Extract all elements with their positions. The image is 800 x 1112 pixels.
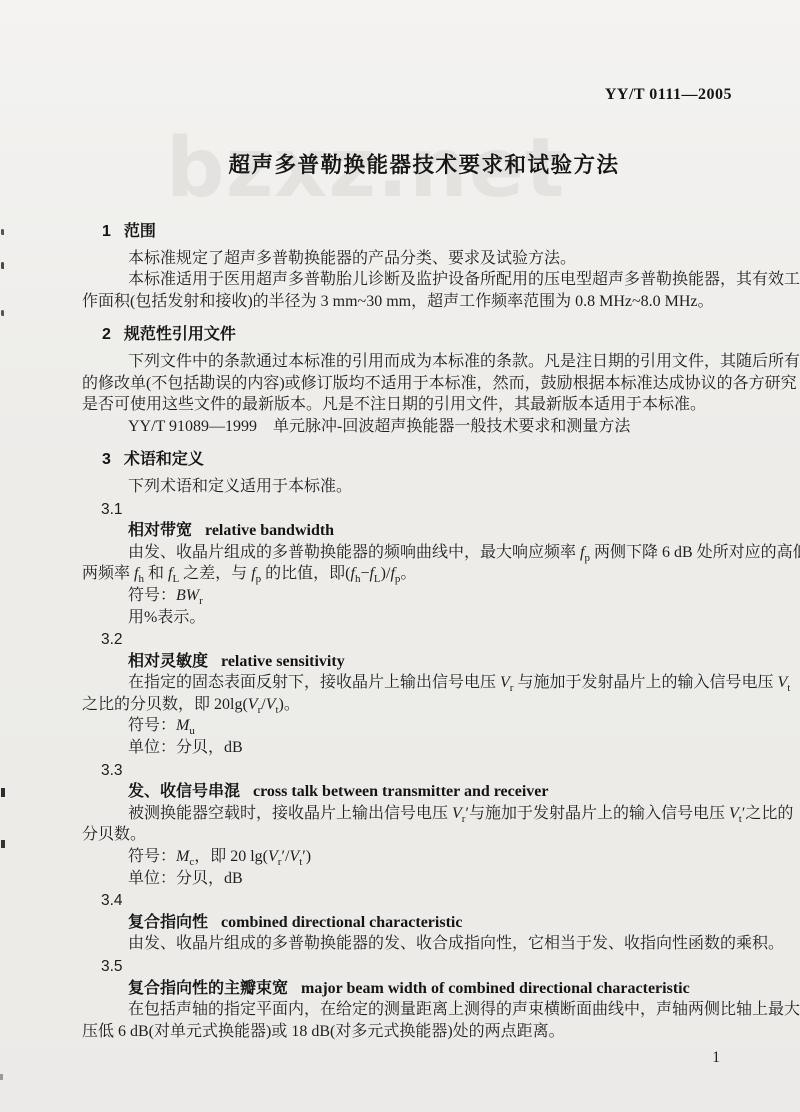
symbol-line: 符号：Mc，即 20 lg(Vr′/Vt′) bbox=[82, 846, 724, 868]
definition-line: 之比的分贝数，即 20lg(Vr/Vt)。 bbox=[82, 694, 724, 716]
term-heading: 复合指向性combined directional characteristic bbox=[82, 912, 724, 934]
unit-line: 单位：分贝，dB bbox=[82, 737, 724, 759]
definition-line: 由发、收晶片组成的多普勒换能器的频响曲线中，最大响应频率 fp 两侧下降 6 d… bbox=[82, 542, 724, 564]
section-1-heading: 1范围 bbox=[82, 221, 724, 243]
paragraph-line: 下列文件中的条款通过本标准的引用而成为本标准的条款。凡是注日期的引用文件，其随后… bbox=[82, 351, 724, 373]
section-number: 3 bbox=[102, 451, 111, 468]
definition-line: 两频率 fh 和 fL 之差，与 fp 的比值，即(fh−fL)/fp。 bbox=[82, 563, 724, 585]
section-number: 1 bbox=[102, 223, 111, 240]
term-en: relative bandwidth bbox=[205, 522, 334, 539]
term-zh: 复合指向性的主瓣束宽 bbox=[128, 980, 288, 997]
scan-edge-mark bbox=[1, 788, 5, 797]
unit-line: 用%表示。 bbox=[82, 607, 724, 629]
section-title: 术语和定义 bbox=[124, 451, 204, 468]
paragraph-line: 的修改单(不包括勘误的内容)或修订版均不适用于本标准，然而，鼓励根据本标准达成协… bbox=[82, 373, 724, 395]
clause-number-3-4: 3.4 bbox=[82, 890, 724, 912]
clause-number-3-1: 3.1 bbox=[82, 499, 724, 521]
term-zh: 复合指向性 bbox=[128, 914, 208, 931]
section-title: 范围 bbox=[124, 223, 156, 240]
paragraph-line: 本标准规定了超声多普勒换能器的产品分类、要求及试验方法。 bbox=[82, 248, 724, 270]
scan-edge-mark bbox=[1, 229, 4, 235]
section-2-heading: 2规范性引用文件 bbox=[82, 324, 724, 346]
definition-line: 压低 6 dB(对单元式换能器)或 18 dB(对多元式换能器)处的两点距离。 bbox=[82, 1021, 724, 1043]
term-en: cross talk between transmitter and recei… bbox=[253, 783, 548, 800]
term-zh: 发、收信号串混 bbox=[128, 783, 240, 800]
scan-edge-mark bbox=[1, 310, 4, 316]
section-3-heading: 3术语和定义 bbox=[82, 449, 724, 471]
symbol-line: 符号：BWr bbox=[82, 585, 724, 607]
definition-line: 被测换能器空载时，接收晶片上输出信号电压 Vr′与施加于发射晶片上的输入信号电压… bbox=[82, 803, 724, 825]
term-heading: 相对灵敏度relative sensitivity bbox=[82, 651, 724, 673]
definition-line: 分贝数。 bbox=[82, 824, 724, 846]
scan-edge-mark bbox=[0, 1074, 3, 1080]
section-number: 2 bbox=[102, 326, 111, 343]
normative-reference-line: YY/T 91089—1999 单元脉冲-回波超声换能器一般技术要求和测量方法 bbox=[82, 416, 724, 438]
term-en: relative sensitivity bbox=[221, 653, 345, 670]
clause-number-3-2: 3.2 bbox=[82, 629, 724, 651]
paragraph-line: 下列术语和定义适用于本标准。 bbox=[82, 476, 724, 498]
term-heading: 发、收信号串混cross talk between transmitter an… bbox=[82, 781, 724, 803]
clause-number-3-5: 3.5 bbox=[82, 956, 724, 978]
term-zh: 相对灵敏度 bbox=[128, 653, 208, 670]
unit-line: 单位：分贝，dB bbox=[82, 868, 724, 890]
definition-line: 由发、收晶片组成的多普勒换能器的发、收合成指向性，它相当于发、收指向性函数的乘积… bbox=[82, 933, 724, 955]
standard-number: YY/T 0111—2005 bbox=[605, 86, 732, 104]
term-heading: 相对带宽relative bandwidth bbox=[82, 520, 724, 542]
term-en: combined directional characteristic bbox=[221, 914, 462, 931]
symbol-line: 符号：Mu bbox=[82, 715, 724, 737]
scan-edge-mark bbox=[1, 262, 4, 269]
document-title: 超声多普勒换能器技术要求和试验方法 bbox=[0, 148, 800, 179]
paragraph-line: 是否可使用这些文件的最新版本。凡是不注日期的引用文件，其最新版本适用于本标准。 bbox=[82, 394, 724, 416]
document-body: 1范围 本标准规定了超声多普勒换能器的产品分类、要求及试验方法。 本标准适用于医… bbox=[82, 221, 724, 1069]
title-block: bzxz.net 超声多普勒换能器技术要求和试验方法 bbox=[0, 118, 800, 228]
term-en: major beam width of combined directional… bbox=[301, 980, 690, 997]
clause-number-3-3: 3.3 bbox=[82, 760, 724, 782]
definition-line: 在包括声轴的指定平面内，在给定的测量距离上测得的声束横断面曲线中，声轴两侧比轴上… bbox=[82, 999, 724, 1021]
paragraph-line: 本标准适用于医用超声多普勒胎儿诊断及监护设备所配用的压电型超声多普勒换能器，其有… bbox=[82, 269, 724, 291]
term-heading: 复合指向性的主瓣束宽major beam width of combined d… bbox=[82, 978, 724, 1000]
scan-edge-mark bbox=[1, 840, 5, 848]
paragraph-line: 作面积(包括发射和接收)的半径为 3 mm~30 mm，超声工作频率范围为 0.… bbox=[82, 291, 724, 313]
term-zh: 相对带宽 bbox=[128, 522, 192, 539]
page-number: 1 bbox=[82, 1047, 724, 1069]
section-title: 规范性引用文件 bbox=[124, 326, 236, 343]
definition-line: 在指定的固态表面反射下，接收晶片上输出信号电压 Vr 与施加于发射晶片上的输入信… bbox=[82, 672, 724, 694]
